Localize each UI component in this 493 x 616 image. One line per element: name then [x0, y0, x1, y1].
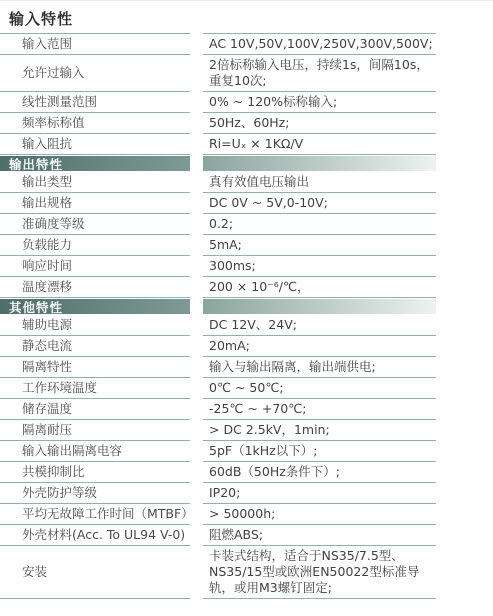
- spec-row-input-range: 输入范围 AC 10V,50V,100V,250V,300V,500V;: [0, 34, 436, 55]
- spec-row-aux-power: 辅助电源 DC 12V、24V;: [0, 315, 436, 336]
- spec-label: 外壳材料(Acc. To UL94 V-0): [0, 525, 190, 546]
- section-title-output: 输出特性: [0, 156, 190, 171]
- spec-value: 阻燃ABS;: [203, 525, 436, 546]
- section-header-input: 输入特性: [0, 1, 436, 34]
- section-title-input: 输入特性: [0, 1, 190, 34]
- spec-value: 0.2;: [203, 214, 436, 235]
- spec-row-load-capacity: 负载能力 5mA;: [0, 235, 436, 256]
- spec-value: 0℃ ~ 50℃;: [203, 378, 436, 399]
- spec-row-overload-input: 允许过输入 2倍标称输入电压，持续1s，间隔10s，重复10次;: [0, 55, 436, 92]
- spec-row-response-time: 响应时间 300ms;: [0, 256, 436, 277]
- spec-value: DC 0V ~ 5V,0-10V;: [203, 193, 436, 214]
- spec-row-ip-rating: 外壳防护等级 IP20;: [0, 483, 436, 504]
- spec-row-output-spec: 输出规格 DC 0V ~ 5V,0-10V;: [0, 193, 436, 214]
- spec-value: IP20;: [203, 483, 436, 504]
- spec-value: 0% ~ 120%标称输入;: [203, 92, 436, 113]
- spec-value: DC 12V、24V;: [203, 315, 436, 336]
- spec-row-isolation-capacitance: 输入输出隔离电容 5pF（1kHz以下）;: [0, 441, 436, 462]
- spec-page: 输入特性 输入范围 AC 10V,50V,100V,250V,300V,500V…: [0, 0, 493, 616]
- spec-label: 准确度等级: [0, 214, 190, 235]
- spec-label: 工作环境温度: [0, 378, 190, 399]
- spec-row-quiescent-current: 静态电流 20mA;: [0, 336, 436, 357]
- spec-value: 2倍标称输入电压，持续1s，间隔10s，重复10次;: [203, 55, 436, 92]
- spec-label: 输入阻抗: [0, 134, 190, 155]
- spec-value: 卡装式结构，适合于NS35/7.5型、NS35/15型或欧洲EN50022型标准…: [203, 546, 436, 599]
- spec-row-input-impedance: 输入阻抗 Ri=Uₓ × 1KΩ/V: [0, 134, 436, 155]
- spec-value: 5pF（1kHz以下）;: [203, 441, 436, 462]
- spec-value: 300ms;: [203, 256, 436, 277]
- spec-row-mtbf: 平均无故障工作时间（MTBF） > 50000h;: [0, 504, 436, 525]
- spec-row-isolation-characteristic: 隔离特性 输入与输出隔离，输出端供电;: [0, 357, 436, 378]
- spec-label: 辅助电源: [0, 315, 190, 336]
- section-title-other: 其他特性: [0, 299, 190, 314]
- spec-label: 输入范围: [0, 34, 190, 55]
- spec-row-storage-temperature: 储存温度 -25℃ ~ +70℃;: [0, 399, 436, 420]
- spec-label: 隔离耐压: [0, 420, 190, 441]
- spec-value: 真有效值电压输出: [203, 172, 436, 193]
- spec-value: AC 10V,50V,100V,250V,300V,500V;: [203, 34, 436, 55]
- spec-row-nominal-frequency: 频率标称值 50Hz、60Hz;: [0, 113, 436, 134]
- spec-label: 温度漂移: [0, 277, 190, 298]
- spec-row-accuracy-class: 准确度等级 0.2;: [0, 214, 436, 235]
- spec-label: 安装: [0, 546, 190, 599]
- spec-label: 允许过输入: [0, 55, 190, 92]
- spec-value: 20mA;: [203, 336, 436, 357]
- spec-value: 60dB（50Hz条件下）;: [203, 462, 436, 483]
- section-header-output-bar: [203, 156, 436, 171]
- spec-label: 隔离特性: [0, 357, 190, 378]
- spec-value: 200 × 10⁻⁶/℃，: [203, 277, 436, 298]
- spec-row-output-type: 输出类型 真有效值电压输出: [0, 172, 436, 193]
- spec-label: 储存温度: [0, 399, 190, 420]
- spec-label: 静态电流: [0, 336, 190, 357]
- section-header-other-bar: [203, 299, 436, 314]
- spec-row-cmrr: 共模抑制比 60dB（50Hz条件下）;: [0, 462, 436, 483]
- spec-row-temperature-drift: 温度漂移 200 × 10⁻⁶/℃，: [0, 277, 436, 298]
- spec-value: 输入与输出隔离，输出端供电;: [203, 357, 436, 378]
- spec-value: 50Hz、60Hz;: [203, 113, 436, 134]
- spec-table: 输入特性 输入范围 AC 10V,50V,100V,250V,300V,500V…: [0, 1, 436, 599]
- spec-label: 响应时间: [0, 256, 190, 277]
- section-title-input-rule: [203, 1, 436, 34]
- spec-value: Ri=Uₓ × 1KΩ/V: [203, 134, 436, 155]
- spec-row-mounting: 安装 卡装式结构，适合于NS35/7.5型、NS35/15型或欧洲EN50022…: [0, 546, 436, 599]
- section-header-output: 输出特性: [0, 156, 436, 171]
- spec-label: 输出规格: [0, 193, 190, 214]
- spec-label: 线性测量范围: [0, 92, 190, 113]
- spec-label: 输入输出隔离电容: [0, 441, 190, 462]
- spec-row-isolation-voltage: 隔离耐压 > DC 2.5kV，1min;: [0, 420, 436, 441]
- spec-row-linear-range: 线性测量范围 0% ~ 120%标称输入;: [0, 92, 436, 113]
- spec-label: 输出类型: [0, 172, 190, 193]
- spec-label: 平均无故障工作时间（MTBF）: [0, 504, 190, 525]
- spec-label: 外壳防护等级: [0, 483, 190, 504]
- spec-value: > DC 2.5kV，1min;: [203, 420, 436, 441]
- spec-row-case-material: 外壳材料(Acc. To UL94 V-0) 阻燃ABS;: [0, 525, 436, 546]
- spec-label: 负载能力: [0, 235, 190, 256]
- spec-value: 5mA;: [203, 235, 436, 256]
- spec-value: -25℃ ~ +70℃;: [203, 399, 436, 420]
- spec-row-operating-temperature: 工作环境温度 0℃ ~ 50℃;: [0, 378, 436, 399]
- spec-label: 共模抑制比: [0, 462, 190, 483]
- spec-label: 频率标称值: [0, 113, 190, 134]
- spec-value: > 50000h;: [203, 504, 436, 525]
- section-header-other: 其他特性: [0, 299, 436, 314]
